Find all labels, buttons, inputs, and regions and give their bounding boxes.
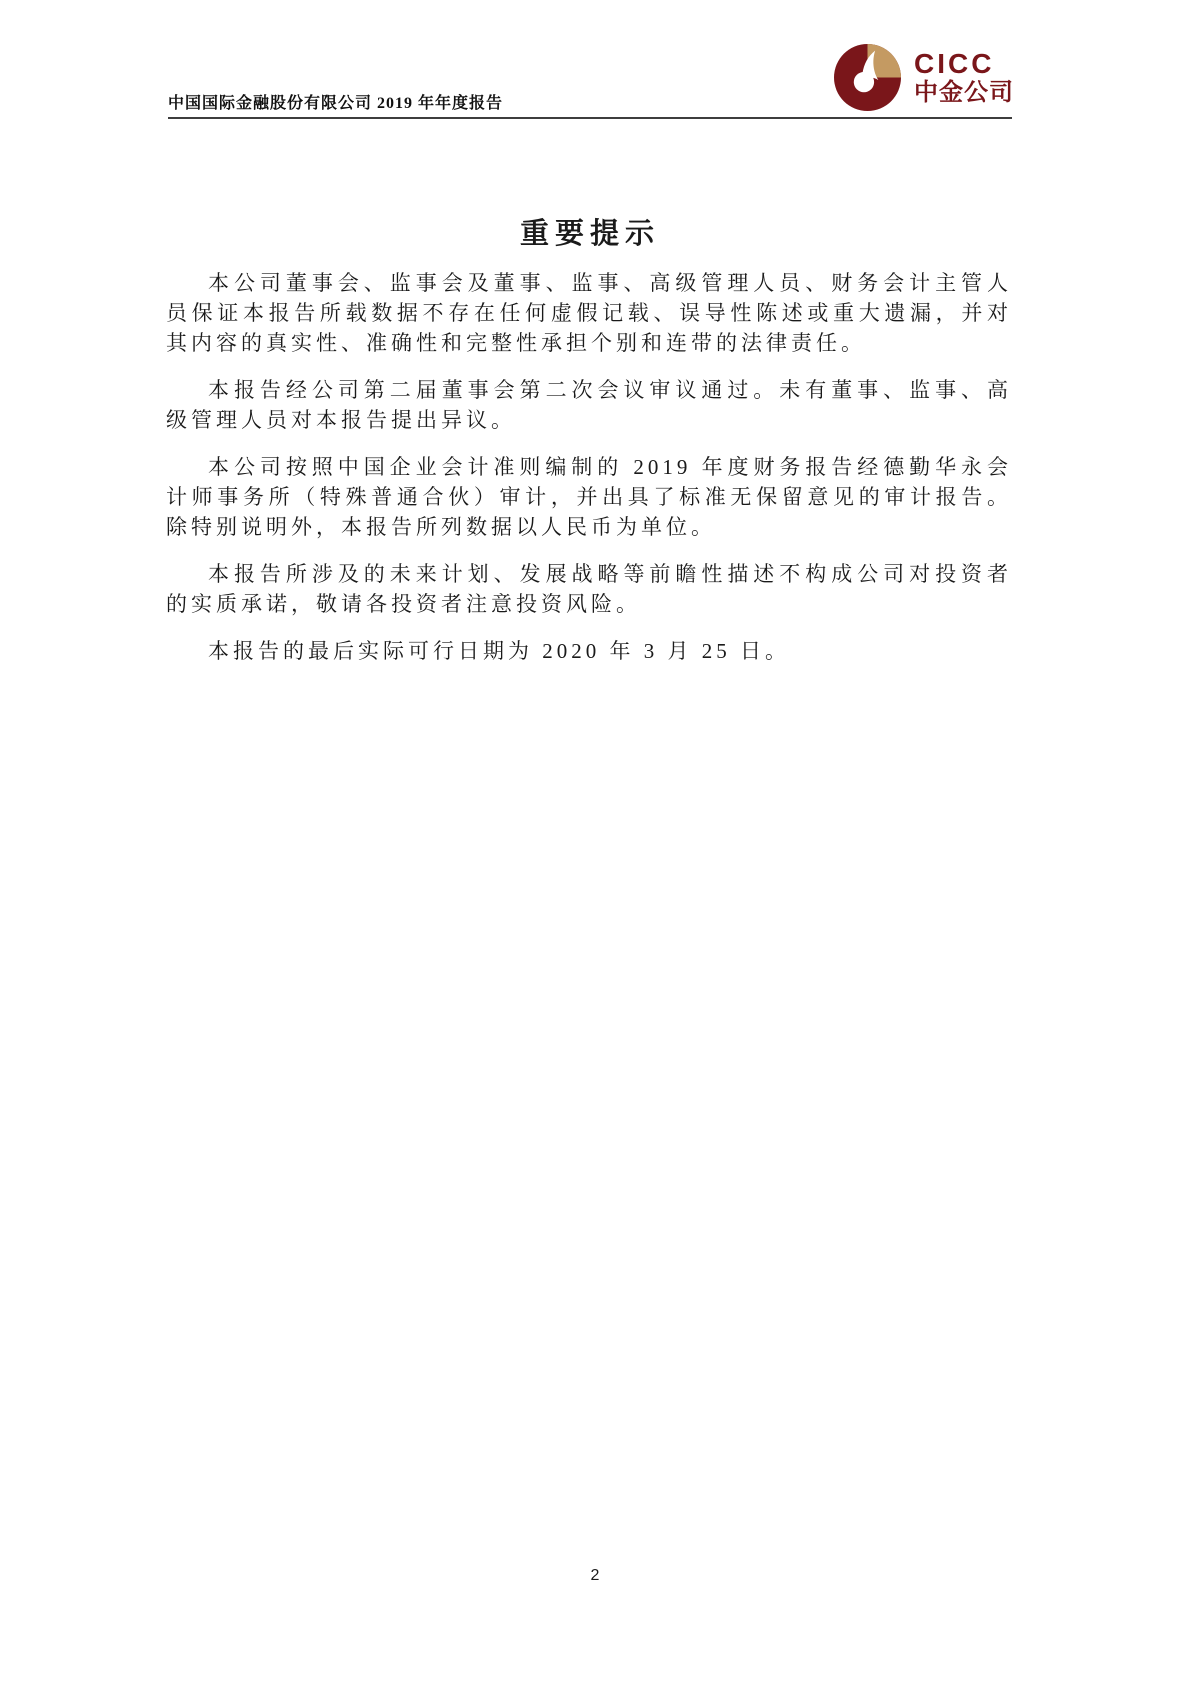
report-page: 中国国际金融股份有限公司 2019 年年度报告 CICC 中金公司 重要提示 本…	[0, 0, 1190, 1684]
cicc-logo: CICC 中金公司	[834, 44, 1014, 111]
paragraph-line: 本报告经公司第二届董事会第二次会议审议通过。未有董事、监事、高	[166, 375, 1012, 405]
paragraph: 本公司董事会、监事会及董事、监事、高级管理人员、财务会计主管人员保证本报告所载数…	[166, 268, 1012, 358]
paragraph: 本报告所涉及的未来计划、发展战略等前瞻性描述不构成公司对投资者的实质承诺，敬请各…	[166, 559, 1012, 619]
paragraph: 本报告的最后实际可行日期为 2020 年 3 月 25 日。	[166, 636, 1012, 666]
cicc-logo-icon	[834, 44, 901, 111]
cicc-logo-text: CICC 中金公司	[914, 50, 1014, 105]
paragraph: 本公司按照中国企业会计准则编制的 2019 年度财务报告经德勤华永会计师事务所（…	[166, 452, 1012, 542]
paragraph-line: 计师事务所（特殊普通合伙）审计，并出具了标准无保留意见的审计报告。	[166, 482, 1012, 512]
paragraph-line: 本公司按照中国企业会计准则编制的 2019 年度财务报告经德勤华永会	[166, 452, 1012, 482]
paragraph-line: 本报告的最后实际可行日期为 2020 年 3 月 25 日。	[166, 636, 1012, 666]
report-header-title: 中国国际金融股份有限公司 2019 年年度报告	[168, 90, 503, 113]
paragraph-line: 除特别说明外，本报告所列数据以人民币为单位。	[166, 512, 1012, 542]
cicc-logo-latin-label: CICC	[914, 50, 1014, 78]
paragraph-line: 其内容的真实性、准确性和完整性承担个别和连带的法律责任。	[166, 328, 1012, 358]
paragraph-line: 本报告所涉及的未来计划、发展战略等前瞻性描述不构成公司对投资者	[166, 559, 1012, 589]
document-body: 本公司董事会、监事会及董事、监事、高级管理人员、财务会计主管人员保证本报告所载数…	[166, 268, 1012, 683]
paragraph-line: 员保证本报告所载数据不存在任何虚假记载、误导性陈述或重大遗漏，并对	[166, 298, 1012, 328]
paragraph: 本报告经公司第二届董事会第二次会议审议通过。未有董事、监事、高级管理人员对本报告…	[166, 375, 1012, 435]
document-heading: 重要提示	[168, 211, 1012, 252]
cicc-logo-chinese-label: 中金公司	[914, 81, 1014, 105]
paragraph-line: 本公司董事会、监事会及董事、监事、高级管理人员、财务会计主管人	[166, 268, 1012, 298]
header-divider	[168, 117, 1012, 119]
paragraph-line: 的实质承诺，敬请各投资者注意投资风险。	[166, 589, 1012, 619]
paragraph-line: 级管理人员对本报告提出异议。	[166, 405, 1012, 435]
page-number: 2	[0, 1567, 1190, 1585]
